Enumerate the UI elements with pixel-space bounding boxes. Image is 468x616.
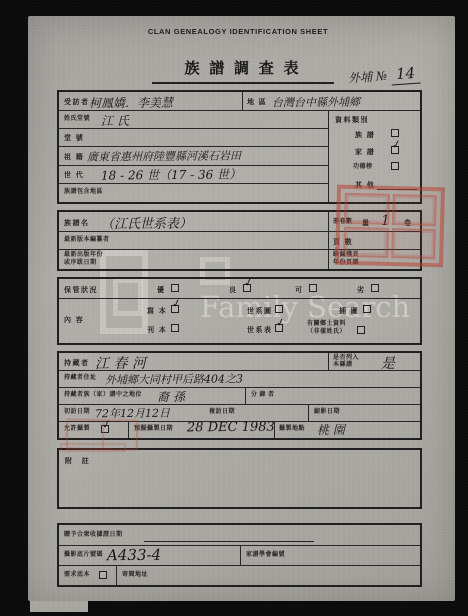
publication-year-label-line2: 或序跋日期 <box>64 260 97 267</box>
ancestral-origin-label: 祖 籍 <box>64 152 84 162</box>
notes-label: 附 註 <box>65 456 93 466</box>
planned-filming-date-label: 預擬攝製日期 <box>134 426 173 433</box>
illustrations-checkbox <box>363 305 371 313</box>
recorder-label: 分 錄 者 <box>251 392 275 399</box>
illustrations-label: 插 圖 <box>339 306 359 316</box>
printed-copy-label: 刊 本 <box>147 325 167 335</box>
interviewee-value: 柯鳳嬌．李美慧 <box>89 94 173 112</box>
interviewee-label: 受訪者 <box>64 97 90 107</box>
society-number-label: 家譜學會編號 <box>246 552 285 559</box>
local-materials-label-line1: 有關鄉土資料 <box>307 321 346 328</box>
pedigree-chart-checkbox <box>275 305 283 313</box>
coverage-area-label: 族譜包含地區 <box>64 189 103 196</box>
printed-copy-checkbox <box>171 324 179 332</box>
condition-excellent-checkbox <box>171 284 179 292</box>
checkmark: ✓ <box>391 140 402 150</box>
annotation-number: 14 <box>390 64 420 86</box>
divider <box>59 565 420 566</box>
holder-value: 江 春 河 <box>95 353 146 373</box>
listed-label-line2: 本縣譜 <box>333 362 353 369</box>
area-label: 地 區 <box>247 97 267 107</box>
area-value: 台灣台中縣外埔鄉 <box>272 94 360 111</box>
film-edge-tab <box>30 601 88 612</box>
divider <box>59 183 328 184</box>
listed-value: 是 <box>381 353 395 373</box>
table-filming-admin: 贈予合衆收據證日期 攝影底片號碼 A433-4 家譜學會編號 需求底本 寄閱地址 <box>57 523 422 587</box>
film-number-value: A433-4 <box>107 546 161 564</box>
english-sheet-title: CLAN GENEALOGY IDENTIFICATION SHEET <box>90 27 386 36</box>
genealogy-name-value: （江氏世系表） <box>101 213 192 233</box>
hall-label: 堂 號 <box>64 133 84 143</box>
checkmark: ✓ <box>243 278 254 288</box>
ancestral-origin-value: 廣東省惠州府陸豐縣河溪石岩田 <box>87 147 241 164</box>
genealogy-name-label: 族譜名 <box>64 218 90 228</box>
divider <box>328 353 329 370</box>
mailing-address-label: 寄閱地址 <box>122 572 148 579</box>
holder-address-label: 持藏者住址 <box>64 375 97 382</box>
checkmark: ✓ <box>171 299 182 309</box>
notes-box: 附 註 <box>57 448 422 509</box>
clan-genealogy-label: 族 譜 <box>355 130 375 140</box>
holder-position-value: 裔 孫 <box>157 388 185 405</box>
material-type-header: 資料類別 <box>335 115 369 125</box>
donation-receipt-line <box>144 541 314 542</box>
filming-location-value: 桃 園 <box>317 421 345 438</box>
microfilm-frame: Family Search CLAN GENEALOGY IDENTIFICAT… <box>0 0 468 616</box>
holder-address-value: 外埔鄉大同村甲后路404之3 <box>105 370 243 387</box>
divider <box>240 545 241 565</box>
handwritten-annotation: 外埔 № 14 <box>347 64 420 87</box>
divider <box>116 565 117 585</box>
filming-location-label: 攝製地點 <box>279 426 305 433</box>
table-condition-content: 保管狀況 優 良 ✓ 可 劣 內 容 寫 本 ✓ 世系圖 插 圖 刊 本 世系表… <box>57 277 422 345</box>
need-master-copy-checkbox <box>99 571 107 579</box>
merit-board-label: 功德榜 <box>353 164 373 171</box>
publication-year-label-line1: 最新出版年份 <box>64 252 103 259</box>
need-master-copy-label: 需求底本 <box>64 572 90 579</box>
listed-label-line1: 是否列入 <box>333 355 359 362</box>
annotation-text: 外埔 № <box>348 69 388 86</box>
condition-poor-label: 劣 <box>357 285 366 295</box>
small-red-stamp-fragment <box>60 443 126 452</box>
condition-fair-checkbox <box>309 284 317 292</box>
merit-board-checkbox <box>391 162 399 170</box>
film-number-label: 攝影底片號碼 <box>64 552 103 559</box>
manuscript-label: 寫 本 <box>147 306 167 316</box>
local-materials-label-line2: （非僅姓氏） <box>307 329 346 336</box>
clan-genealogy-checkbox <box>391 129 399 137</box>
checkmark: ✓ <box>275 318 286 328</box>
condition-label: 保管狀況 <box>64 285 98 295</box>
divider <box>242 92 243 110</box>
divider <box>328 110 329 202</box>
donation-receipt-date-label: 贈予合衆收據證日期 <box>64 532 123 539</box>
condition-good-label: 良 <box>229 285 238 295</box>
first-visit-label: 初訪日期 <box>64 409 90 416</box>
red-seal-stamp <box>335 185 445 268</box>
surname-value: 江 氏 <box>101 112 129 129</box>
local-materials-checkbox <box>357 326 365 334</box>
pedigree-chart-label: 世系圖 <box>247 306 273 316</box>
surname-hall-label: 姓氏堂號 <box>64 116 90 123</box>
holder-position-label: 持藏者族（家）譜中之地位 <box>64 392 142 399</box>
form-title: 族 譜 調 查 表 <box>152 57 334 84</box>
condition-excellent-label: 優 <box>157 285 166 295</box>
generations-value: 18 - 26 世（17 - 36 世） <box>101 165 241 183</box>
divider <box>328 212 329 269</box>
microfilm-date-label: 縮影日期 <box>314 409 340 416</box>
condition-poor-checkbox <box>371 284 379 292</box>
pedigree-table-label: 世系表 <box>247 325 273 335</box>
divider <box>59 298 420 299</box>
content-label: 內 容 <box>64 315 84 325</box>
revisit-label: 複訪日期 <box>209 409 235 416</box>
condition-fair-label: 可 <box>295 285 304 295</box>
planned-filming-date-value: 28 DEC 1983 <box>187 420 275 436</box>
latest-editor-label: 最新版本編纂者 <box>64 237 110 244</box>
divider <box>59 128 328 129</box>
generations-label: 世 代 <box>64 170 84 180</box>
family-genealogy-label: 家 譜 <box>355 147 375 157</box>
divider <box>245 387 246 404</box>
divider <box>308 404 309 421</box>
holder-label: 持藏者 <box>64 358 90 368</box>
